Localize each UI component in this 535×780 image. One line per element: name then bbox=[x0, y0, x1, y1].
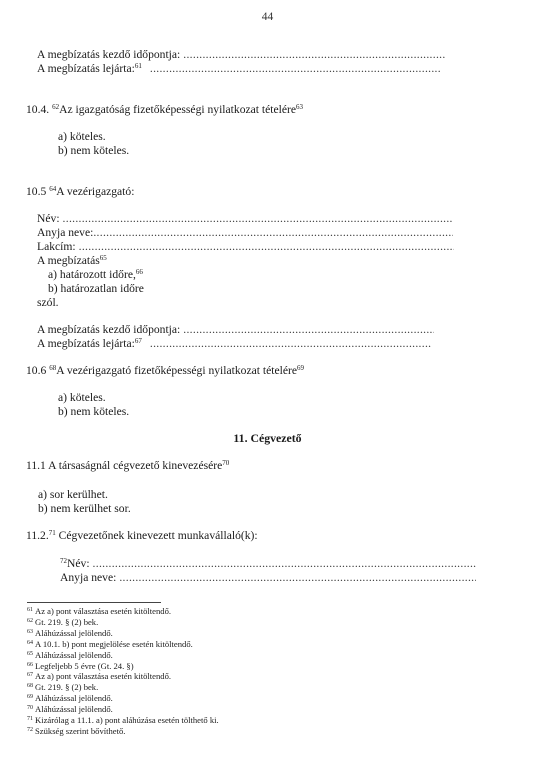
footnote-item: 69Aláhúzással jelölendő. bbox=[27, 693, 219, 704]
mandate-end-field: A megbízatás lejárta:61 ................… bbox=[37, 62, 441, 75]
footnote-ref: 66 bbox=[136, 268, 143, 276]
manager-mother-name-field: Anyja neve: ............................… bbox=[60, 571, 476, 584]
footnote-item: 61Az a) pont választása esetén kitöltend… bbox=[27, 606, 219, 617]
footnote-ref: 70 bbox=[222, 459, 229, 467]
section-11-1-heading: 11.1 A társaságnál cégvezető kinevezésér… bbox=[26, 459, 229, 472]
option-a-mandatory: a) köteles. bbox=[58, 391, 106, 404]
footnote-item: 67Az a) pont választása esetén kitöltend… bbox=[27, 671, 219, 682]
section-11-heading: 11. Cégvezető bbox=[0, 431, 535, 446]
page-number: 44 bbox=[0, 11, 535, 23]
option-a-may-appoint: a) sor kerülhet. bbox=[38, 488, 108, 501]
option-b-may-not-appoint: b) nem kerülhet sor. bbox=[38, 502, 131, 515]
ceo-mandate-label: A megbízatás65 bbox=[37, 254, 107, 267]
ceo-mandate-start-blank[interactable]: ........................................… bbox=[183, 323, 434, 336]
footnote-ref: 61 bbox=[135, 62, 142, 70]
ceo-mandate-end-label: A megbízatás lejárta:67 bbox=[37, 337, 142, 350]
footnote-item: 68Gt. 219. § (2) bek. bbox=[27, 682, 219, 693]
ceo-mother-name-blank[interactable]: ........................................… bbox=[93, 226, 453, 239]
ceo-mother-name-field: Anyja neve: ............................… bbox=[37, 226, 453, 239]
manager-mother-name-label: Anyja neve: bbox=[60, 571, 116, 584]
ceo-mandate-end-field: A megbízatás lejárta:67 ................… bbox=[37, 337, 431, 350]
footnote-item: 65Aláhúzással jelölendő. bbox=[27, 650, 219, 661]
footnotes-list: 61Az a) pont választása esetén kitöltend… bbox=[27, 606, 219, 737]
mandate-start-field: A megbízatás kezdő időpontja: ..........… bbox=[37, 48, 446, 61]
mandate-start-blank[interactable]: ........................................… bbox=[183, 48, 446, 61]
footnote-item: 66Legfeljebb 5 évre (Gt. 24. §) bbox=[27, 661, 219, 672]
footnote-ref: 67 bbox=[135, 337, 142, 345]
ceo-mandate-start-field: A megbízatás kezdő időpontja: ..........… bbox=[37, 323, 434, 336]
footnote-item: 70Aláhúzással jelölendő. bbox=[27, 704, 219, 715]
manager-name-blank[interactable]: ........................................… bbox=[93, 557, 476, 570]
manager-name-label: 72Név: bbox=[60, 557, 90, 570]
ceo-name-field: Név: ...................................… bbox=[37, 212, 453, 225]
ceo-name-blank[interactable]: ........................................… bbox=[63, 212, 453, 225]
option-fixed-term: a) határozott időre,66 bbox=[48, 268, 143, 281]
ceo-address-field: Lakcím: ................................… bbox=[37, 240, 454, 253]
footnote-ref: 69 bbox=[297, 364, 304, 372]
mandate-end-label: A megbízatás lejárta:61 bbox=[37, 62, 142, 75]
section-10-6-heading: 10.6 68A vezérigazgató fizetőképességi n… bbox=[26, 364, 304, 377]
option-b-not-mandatory: b) nem köteles. bbox=[58, 405, 129, 418]
section-10-5-heading: 10.5 64A vezérigazgató: bbox=[26, 185, 134, 198]
ceo-address-blank[interactable]: ........................................… bbox=[79, 240, 454, 253]
ceo-name-label: Név: bbox=[37, 212, 60, 225]
mandate-end-blank[interactable]: ........................................… bbox=[150, 62, 441, 75]
section-11-2-heading: 11.2.71 Cégvezetőnek kinevezett munkavál… bbox=[26, 529, 258, 542]
footnote-item: 64A 10.1. b) pont megjelölése esetén kit… bbox=[27, 639, 219, 650]
manager-name-field: 72Név: .................................… bbox=[60, 557, 476, 570]
footnote-item: 63Aláhúzással jelölendő. bbox=[27, 628, 219, 639]
option-b-not-mandatory: b) nem köteles. bbox=[58, 144, 129, 157]
ceo-mandate-start-label: A megbízatás kezdő időpontja: bbox=[37, 323, 180, 336]
ceo-mandate-end-blank[interactable]: ........................................… bbox=[150, 337, 431, 350]
footnote-ref: 65 bbox=[100, 254, 107, 262]
option-a-mandatory: a) köteles. bbox=[58, 130, 106, 143]
mandate-closing-word: szól. bbox=[37, 296, 59, 309]
section-10-4-heading: 10.4. 62Az igazgatóság fizetőképességi n… bbox=[26, 103, 303, 116]
footnote-separator bbox=[27, 602, 161, 603]
ceo-address-label: Lakcím: bbox=[37, 240, 76, 253]
footnote-item: 62Gt. 219. § (2) bek. bbox=[27, 617, 219, 628]
footnote-ref: 72 bbox=[60, 557, 67, 565]
footnote-item: 71Kizárólag a 11.1. a) pont aláhúzása es… bbox=[27, 715, 219, 726]
footnote-ref: 71 bbox=[49, 529, 56, 537]
footnote-ref: 63 bbox=[296, 103, 303, 111]
ceo-mother-name-label: Anyja neve: bbox=[37, 226, 93, 239]
footnote-item: 72Szükség szerint bővíthető. bbox=[27, 726, 219, 737]
mandate-start-label: A megbízatás kezdő időpontja: bbox=[37, 48, 180, 61]
manager-mother-name-blank[interactable]: ........................................… bbox=[119, 571, 476, 584]
option-indefinite-term: b) határozatlan időre bbox=[48, 282, 144, 295]
